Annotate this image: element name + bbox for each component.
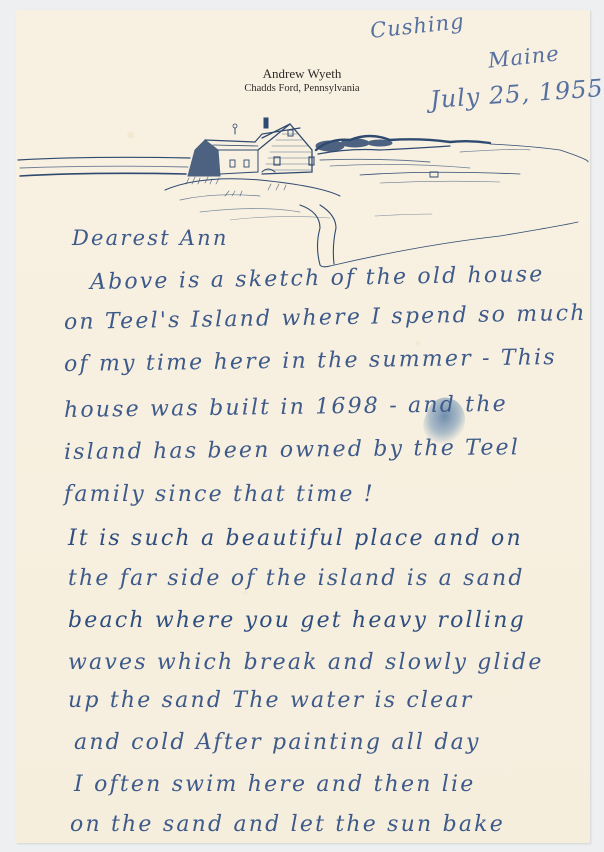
letter-line: It is such a beautiful place and on — [68, 526, 523, 551]
letter-line: on the sand and let the sun bake — [70, 812, 505, 837]
letter-line: island has been owned by the Teel — [64, 435, 520, 465]
letter-line: family since that time ! — [64, 482, 375, 507]
letterhead-name: Andrew Wyeth — [222, 66, 382, 82]
letter-line: waves which break and slowly glide — [68, 650, 544, 675]
letterhead: Andrew Wyeth Chadds Ford, Pennsylvania — [222, 66, 382, 95]
letter-line: I often swim here and then lie — [74, 772, 475, 797]
letter-line: the far side of the island is a sand — [68, 566, 525, 591]
letter-line: beach where you get heavy rolling — [68, 608, 526, 633]
salutation: Dearest Ann — [72, 226, 229, 250]
letterhead-place: Chadds Ford, Pennsylvania — [222, 82, 382, 96]
letter-line: up the sand The water is clear — [68, 688, 473, 713]
letter-line: and cold After painting all day — [74, 730, 481, 755]
letter-page — [16, 10, 590, 843]
